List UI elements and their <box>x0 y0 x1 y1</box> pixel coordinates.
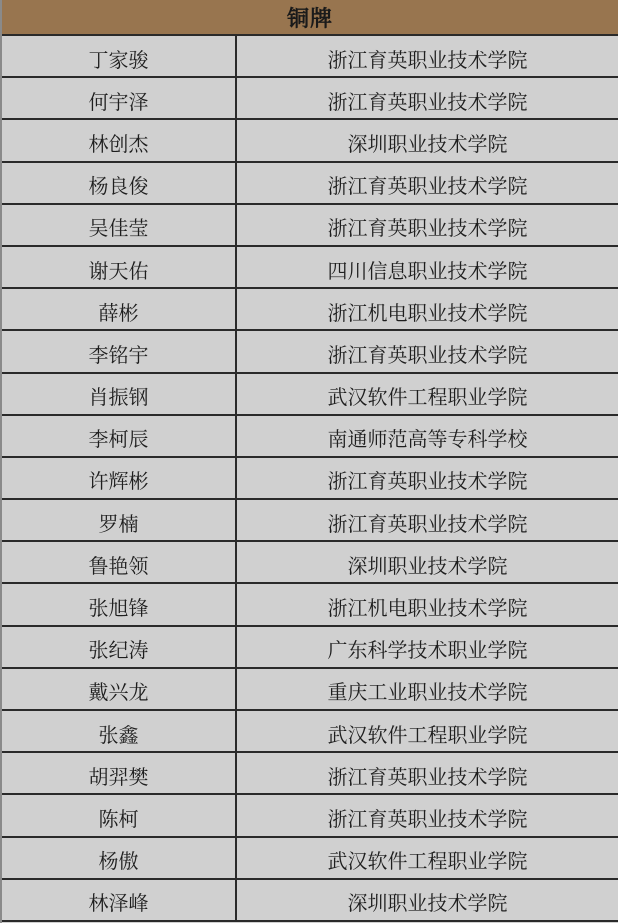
cell-student-name[interactable]: 戴兴龙 <box>2 669 237 709</box>
table-row: 胡羿樊浙江育英职业技术学院 <box>2 753 618 795</box>
cell-school-name[interactable]: 浙江育英职业技术学院 <box>237 795 618 835</box>
table-row: 林泽峰深圳职业技术学院 <box>2 880 618 922</box>
cell-school-name[interactable]: 南通师范高等专科学校 <box>237 416 618 456</box>
award-title: 铜牌 <box>287 2 333 33</box>
table-row: 谢天佑四川信息职业技术学院 <box>2 247 618 289</box>
cell-student-name[interactable]: 肖振钢 <box>2 374 237 414</box>
table-row: 杨良俊浙江育英职业技术学院 <box>2 163 618 205</box>
table-row: 李铭宇浙江育英职业技术学院 <box>2 331 618 373</box>
cell-student-name[interactable]: 陈柯 <box>2 795 237 835</box>
cell-student-name[interactable]: 鲁艳领 <box>2 542 237 582</box>
cell-school-name[interactable]: 四川信息职业技术学院 <box>237 247 618 287</box>
cell-student-name[interactable]: 张鑫 <box>2 711 237 751</box>
table-row: 薛彬浙江机电职业技术学院 <box>2 289 618 331</box>
table-row: 陈柯浙江育英职业技术学院 <box>2 795 618 837</box>
cell-student-name[interactable]: 林泽峰 <box>2 880 237 920</box>
table-row: 肖振钢武汉软件工程职业学院 <box>2 374 618 416</box>
cell-school-name[interactable]: 深圳职业技术学院 <box>237 542 618 582</box>
table-row: 林创杰深圳职业技术学院 <box>2 120 618 162</box>
cell-school-name[interactable]: 武汉软件工程职业学院 <box>237 711 618 751</box>
cell-school-name[interactable]: 深圳职业技术学院 <box>237 880 618 920</box>
cell-school-name[interactable]: 浙江机电职业技术学院 <box>237 584 618 624</box>
table-body: 丁家骏浙江育英职业技术学院何宇泽浙江育英职业技术学院林创杰深圳职业技术学院杨良俊… <box>2 36 618 922</box>
cell-student-name[interactable]: 罗楠 <box>2 500 237 540</box>
cell-school-name[interactable]: 浙江机电职业技术学院 <box>237 289 618 329</box>
table-row: 丁家骏浙江育英职业技术学院 <box>2 36 618 78</box>
cell-student-name[interactable]: 丁家骏 <box>2 36 237 76</box>
table-row: 罗楠浙江育英职业技术学院 <box>2 500 618 542</box>
cell-school-name[interactable]: 浙江育英职业技术学院 <box>237 78 618 118</box>
table-row: 张旭锋浙江机电职业技术学院 <box>2 584 618 626</box>
cell-student-name[interactable]: 吴佳莹 <box>2 205 237 245</box>
table-row: 张纪涛广东科学技术职业学院 <box>2 627 618 669</box>
cell-school-name[interactable]: 浙江育英职业技术学院 <box>237 36 618 76</box>
table-row: 许辉彬浙江育英职业技术学院 <box>2 458 618 500</box>
cell-school-name[interactable]: 武汉软件工程职业学院 <box>237 838 618 878</box>
table-row: 何宇泽浙江育英职业技术学院 <box>2 78 618 120</box>
cell-school-name[interactable]: 浙江育英职业技术学院 <box>237 163 618 203</box>
cell-student-name[interactable]: 谢天佑 <box>2 247 237 287</box>
cell-school-name[interactable]: 浙江育英职业技术学院 <box>237 205 618 245</box>
cell-school-name[interactable]: 重庆工业职业技术学院 <box>237 669 618 709</box>
cell-student-name[interactable]: 许辉彬 <box>2 458 237 498</box>
cell-student-name[interactable]: 李柯辰 <box>2 416 237 456</box>
award-table: 铜牌 丁家骏浙江育英职业技术学院何宇泽浙江育英职业技术学院林创杰深圳职业技术学院… <box>0 0 618 923</box>
table-header: 铜牌 <box>2 0 618 36</box>
cell-student-name[interactable]: 杨傲 <box>2 838 237 878</box>
table-row: 鲁艳领深圳职业技术学院 <box>2 542 618 584</box>
table-row: 杨傲武汉软件工程职业学院 <box>2 838 618 880</box>
cell-school-name[interactable]: 浙江育英职业技术学院 <box>237 331 618 371</box>
cell-student-name[interactable]: 胡羿樊 <box>2 753 237 793</box>
cell-student-name[interactable]: 何宇泽 <box>2 78 237 118</box>
cell-student-name[interactable]: 杨良俊 <box>2 163 237 203</box>
cell-school-name[interactable]: 深圳职业技术学院 <box>237 120 618 160</box>
cell-student-name[interactable]: 薛彬 <box>2 289 237 329</box>
cell-student-name[interactable]: 李铭宇 <box>2 331 237 371</box>
table-row: 李柯辰南通师范高等专科学校 <box>2 416 618 458</box>
cell-student-name[interactable]: 林创杰 <box>2 120 237 160</box>
table-row: 吴佳莹浙江育英职业技术学院 <box>2 205 618 247</box>
cell-school-name[interactable]: 浙江育英职业技术学院 <box>237 500 618 540</box>
cell-school-name[interactable]: 浙江育英职业技术学院 <box>237 753 618 793</box>
table-row: 张鑫武汉软件工程职业学院 <box>2 711 618 753</box>
cell-school-name[interactable]: 广东科学技术职业学院 <box>237 627 618 667</box>
table-row: 戴兴龙重庆工业职业技术学院 <box>2 669 618 711</box>
cell-school-name[interactable]: 武汉软件工程职业学院 <box>237 374 618 414</box>
cell-student-name[interactable]: 张旭锋 <box>2 584 237 624</box>
cell-student-name[interactable]: 张纪涛 <box>2 627 237 667</box>
cell-school-name[interactable]: 浙江育英职业技术学院 <box>237 458 618 498</box>
